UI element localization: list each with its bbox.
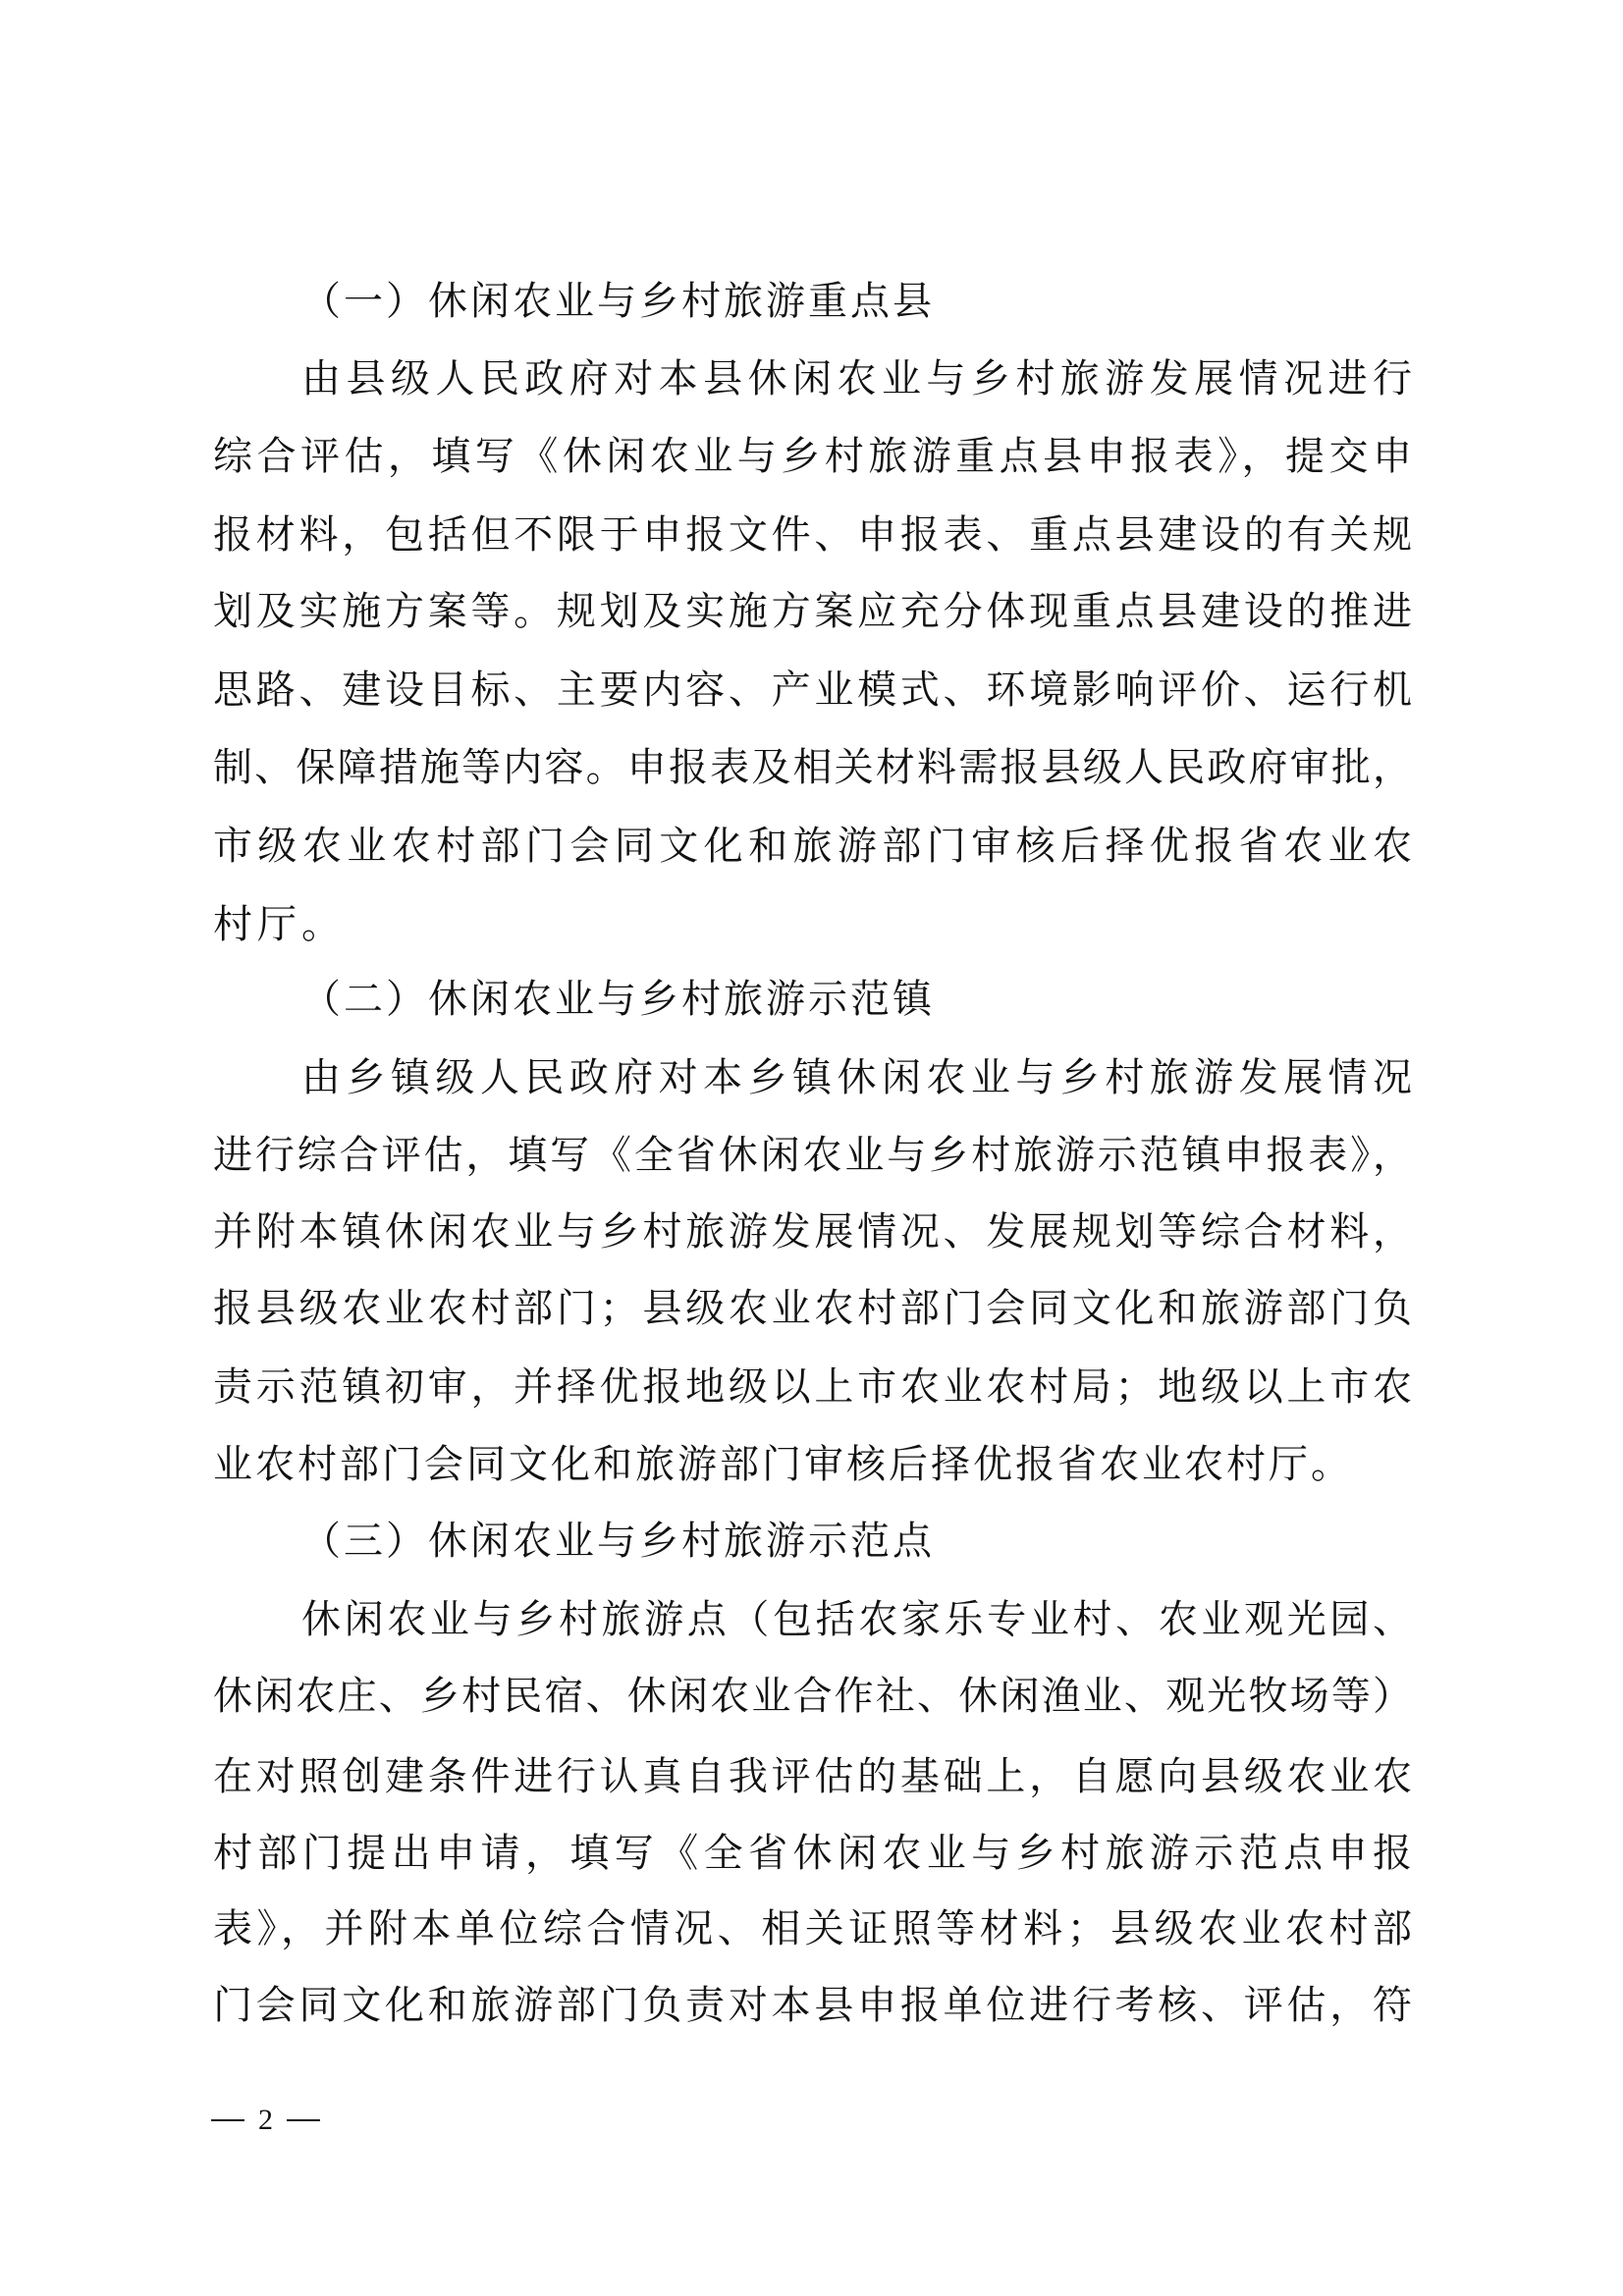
paragraph-line: 制、保障措施等内容。申报表及相关材料需报县级人民政府审批， (213, 743, 1412, 792)
paragraph-line: 报材料，包括但不限于申报文件、申报表、重点县建设的有关规 (213, 510, 1412, 560)
paragraph-line: 在对照创建条件进行认真自我评估的基础上，自愿向县级农业农 (213, 1752, 1412, 1801)
dash-left (211, 2119, 244, 2121)
section-heading-1: （一）休闲农业与乡村旅游重点县 (301, 277, 935, 326)
paragraph-line: 休闲农业与乡村旅游点（包括农家乐专业村、农业观光园、 (301, 1595, 1412, 1644)
paragraph-line: 综合评估，填写《休闲农业与乡村旅游重点县申报表》，提交申 (213, 432, 1412, 481)
paragraph-line: 责示范镇初审，并择优报地级以上市农业农村局；地级以上市农 (213, 1362, 1412, 1412)
paragraph-line: 并附本镇休闲农业与乡村旅游发展情况、发展规划等综合材料， (213, 1207, 1412, 1256)
paragraph-line: 思路、建设目标、主要内容、产业模式、环境影响评价、运行机 (213, 666, 1412, 715)
paragraph-line: 休闲农庄、乡村民宿、休闲农业合作社、休闲渔业、观光牧场等） (213, 1672, 1412, 1721)
paragraph-line: 进行综合评估，填写《全省休闲农业与乡村旅游示范镇申报表》， (213, 1131, 1412, 1180)
paragraph-line: 报县级农业农村部门；县级农业农村部门会同文化和旅游部门负 (213, 1284, 1412, 1333)
paragraph-line: 表》，并附本单位综合情况、相关证照等材料；县级农业农村部 (213, 1904, 1412, 1953)
paragraph-line: 村部门提出申请，填写《全省休闲农业与乡村旅游示范点申报 (213, 1829, 1412, 1878)
section-heading-3: （三）休闲农业与乡村旅游示范点 (301, 1517, 935, 1566)
document-page: （一）休闲农业与乡村旅游重点县 由县级人民政府对本县休闲农业与乡村旅游发展情况进… (0, 0, 1623, 2296)
paragraph-line: 由县级人民政府对本县休闲农业与乡村旅游发展情况进行 (301, 354, 1412, 403)
paragraph-line: 划及实施方案等。规划及实施方案应充分体现重点县建设的推进 (213, 587, 1412, 636)
paragraph-line: 村厅。 (213, 900, 1412, 949)
page-number: 2 (211, 2103, 320, 2138)
paragraph-line: 门会同文化和旅游部门负责对本县申报单位进行考核、评估，符 (213, 1981, 1412, 2030)
page-number-value: 2 (258, 2103, 273, 2138)
paragraph-line: 市级农业农村部门会同文化和旅游部门审核后择优报省农业农 (213, 822, 1412, 871)
dash-right (287, 2119, 320, 2121)
paragraph-line: 由乡镇级人民政府对本乡镇休闲农业与乡村旅游发展情况 (301, 1053, 1412, 1102)
paragraph-line: 业农村部门会同文化和旅游部门审核后择优报省农业农村厅。 (213, 1440, 1412, 1489)
section-heading-2: （二）休闲农业与乡村旅游示范镇 (301, 975, 935, 1024)
